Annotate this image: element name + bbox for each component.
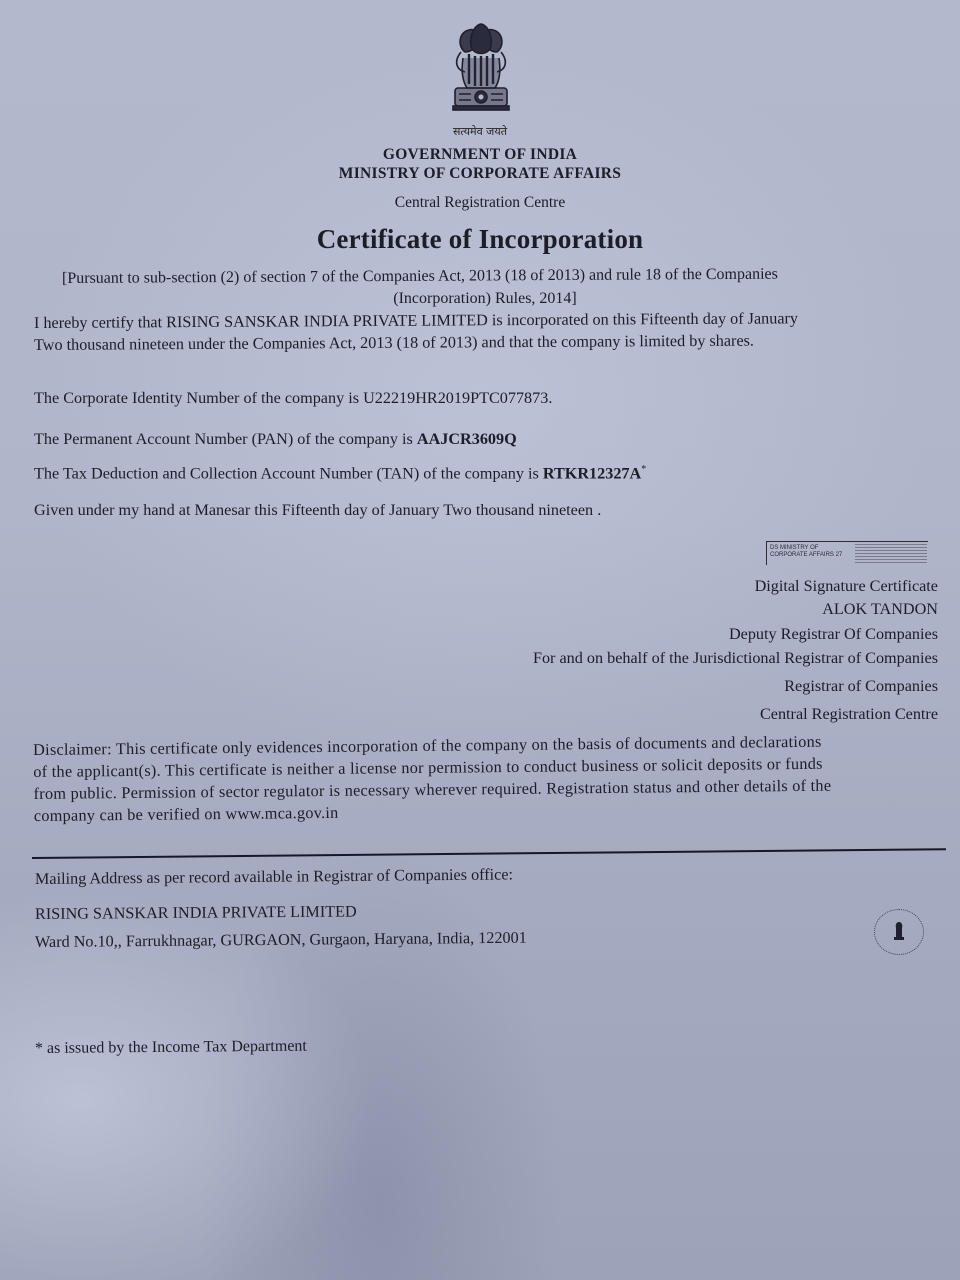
cin-statement: The Corporate Identity Number of the com…	[34, 389, 552, 408]
footnote-asterisk: *	[35, 1040, 43, 1057]
pan-label: The Permanent Account Number (PAN) of th…	[34, 430, 417, 448]
tan-asterisk: *	[641, 464, 646, 475]
signatory-designation: Deputy Registrar Of Companies	[729, 625, 938, 644]
signatory-centre: Central Registration Centre	[760, 705, 938, 724]
footnote: * as issued by the Income Tax Department	[35, 1038, 307, 1058]
dsc-stamp-line-2: CORPORATE AFFAIRS 27	[770, 552, 850, 559]
emblem-motto: सत्यमेव जयते	[0, 124, 960, 139]
tan-statement: The Tax Deduction and Collection Account…	[34, 464, 646, 483]
cin-label: The Corporate Identity Number of the com…	[34, 389, 363, 407]
cin-value: U22219HR2019PTC077873.	[363, 389, 552, 407]
given-statement: Given under my hand at Manesar this Fift…	[34, 501, 601, 520]
tan-label: The Tax Deduction and Collection Account…	[34, 464, 543, 482]
page-title: Certificate of Incorporation	[0, 224, 960, 255]
ministry-heading: MINISTRY OF CORPORATE AFFAIRS	[0, 165, 960, 183]
preamble-line-2: (Incorporation) Rules, 2014]	[0, 290, 960, 308]
mailing-address: Ward No.10,, Farrukhnagar, GURGAON, Gurg…	[35, 929, 527, 952]
tan-value: RTKR12327A	[543, 464, 641, 482]
mailing-heading: Mailing Address as per record available …	[35, 865, 513, 889]
ministry-seal-icon	[874, 909, 924, 955]
disclaimer: Disclaimer: This certificate only eviden…	[33, 729, 946, 827]
seal-emblem-icon	[893, 922, 905, 942]
signatory-name: ALOK TANDON	[822, 600, 938, 619]
signatory-office: Registrar of Companies	[784, 677, 938, 696]
dsc-stamp-label: DS MINISTRY OF CORPORATE AFFAIRS 27	[770, 545, 850, 559]
government-heading: GOVERNMENT OF INDIA	[0, 146, 960, 164]
signature-certificate-label: Digital Signature Certificate	[755, 577, 938, 596]
preamble-line-1: [Pursuant to sub-section (2) of section …	[62, 266, 778, 288]
pan-value: AAJCR3609Q	[417, 430, 517, 448]
national-emblem-icon	[443, 22, 519, 122]
centre-heading: Central Registration Centre	[0, 194, 960, 212]
digital-signature-stamp: DS MINISTRY OF CORPORATE AFFAIRS 27	[766, 541, 928, 565]
footnote-text: as issued by the Income Tax Department	[43, 1038, 307, 1057]
divider	[32, 848, 946, 859]
pan-statement: The Permanent Account Number (PAN) of th…	[34, 430, 517, 449]
signatory-behalf: For and on behalf of the Jurisdictional …	[533, 649, 938, 668]
certificate-page: सत्यमेव जयते GOVERNMENT OF INDIA MINISTR…	[0, 0, 960, 1280]
mailing-company: RISING SANSKAR INDIA PRIVATE LIMITED	[35, 902, 357, 924]
dsc-fine-print	[855, 544, 927, 564]
certification-line-2: Two thousand nineteen under the Companie…	[34, 332, 754, 355]
dsc-stamp-line-1: DS MINISTRY OF	[770, 545, 850, 552]
certification-line-1: I hereby certify that RISING SANSKAR IND…	[34, 309, 798, 333]
